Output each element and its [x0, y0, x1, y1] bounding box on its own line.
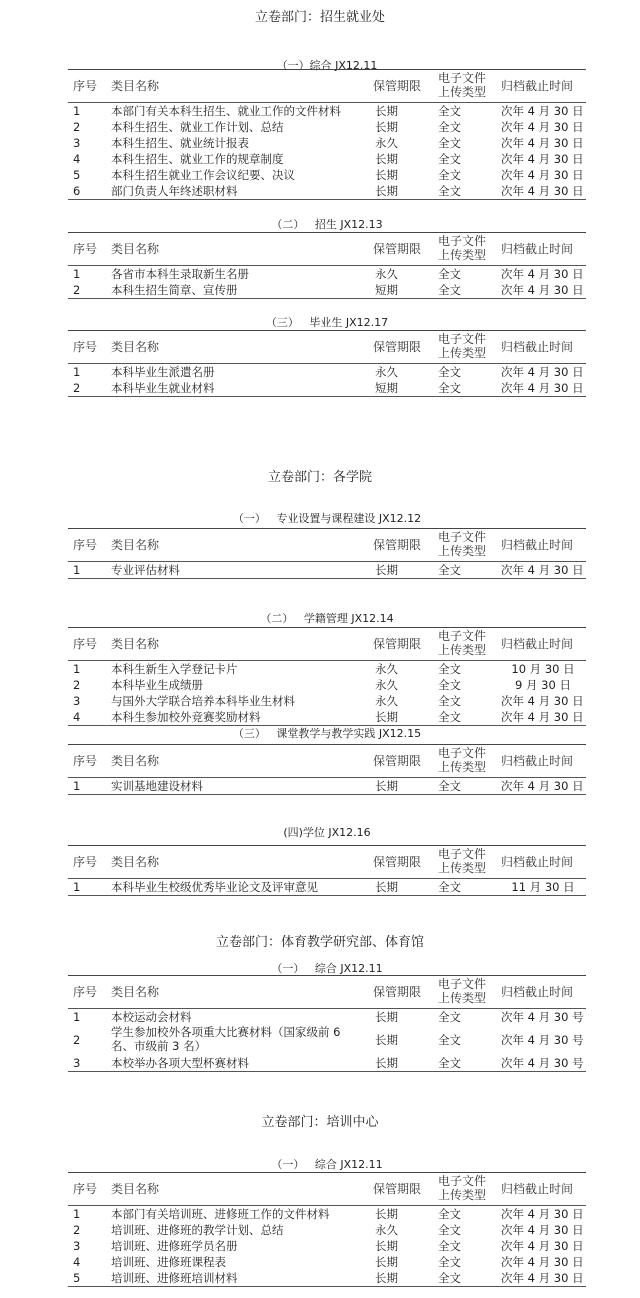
header-elec-line1: 电子文件 [438, 746, 486, 760]
header-name: 类目名称 [111, 637, 159, 651]
archive-table: 序号 类目名称 保管期限 电子文件上传类型 归档截止时间 1实训基地建设材料长期… [68, 744, 586, 795]
section-caption: （三） 毕业生 JX12.17 [68, 316, 586, 330]
header-keep: 保管期限 [373, 340, 421, 354]
cell-type: 全文 [438, 119, 461, 135]
cell-type: 全文 [438, 167, 461, 183]
cell-keep: 长期 [375, 1238, 398, 1254]
cell-keep: 长期 [375, 1270, 398, 1286]
cell-no: 2 [73, 282, 80, 298]
cell-no: 3 [73, 1055, 80, 1071]
cell-date: 次年 4 月 30 日 [501, 693, 584, 709]
header-elec-line2: 上传类型 [438, 346, 486, 360]
cell-type: 全文 [438, 1238, 461, 1254]
header-date: 归档截止时间 [501, 538, 573, 552]
cell-type: 全文 [438, 709, 461, 725]
cell-keep: 长期 [375, 183, 398, 199]
table-row: 1本科毕业生校级优秀毕业论文及评审意见长期全文11 月 30 日 [68, 879, 586, 895]
table-row: 5培训班、进修班培训材料长期全文次年 4 月 30 日 [68, 1270, 586, 1286]
header-elec: 电子文件上传类型 [438, 332, 486, 360]
cell-date: 次年 4 月 30 日 [501, 103, 584, 119]
header-keep: 保管期限 [373, 637, 421, 651]
cell-date: 次年 4 月 30 号 [501, 1055, 584, 1071]
cell-keep: 长期 [375, 778, 398, 794]
cell-no: 3 [73, 1238, 80, 1254]
cell-date: 次年 4 月 30 日 [501, 1222, 584, 1238]
cell-date: 次年 4 月 30 日 [501, 364, 584, 380]
cell-no: 6 [73, 183, 80, 199]
cell-no: 4 [73, 709, 80, 725]
header-elec-line1: 电子文件 [438, 234, 486, 248]
archive-table: 序号 类目名称 保管期限 电子文件上传类型 归档截止时间 1本科生新生入学登记卡… [68, 627, 586, 726]
header-elec: 电子文件上传类型 [438, 847, 486, 875]
cell-no: 1 [73, 1206, 80, 1222]
cell-no: 5 [73, 1270, 80, 1286]
cell-name: 本部门有关本科生招生、就业工作的文件材料 [111, 103, 341, 119]
cell-type: 全文 [438, 693, 461, 709]
cell-date: 次年 4 月 30 日 [501, 1270, 584, 1286]
header-elec-line1: 电子文件 [438, 530, 486, 544]
cell-name: 本科毕业生就业材料 [111, 380, 215, 396]
header-name: 类目名称 [111, 538, 159, 552]
table-row: 3本科生招生、就业统计报表永久全文次年 4 月 30 日 [68, 135, 586, 151]
header-no: 序号 [73, 1182, 97, 1196]
header-no: 序号 [73, 242, 97, 256]
cell-name: 本科生招生、就业工作的规章制度 [111, 151, 284, 167]
header-date: 归档截止时间 [501, 1182, 573, 1196]
cell-name: 本科生新生入学登记卡片 [111, 661, 238, 677]
archive-table: 序号 类目名称 保管期限 电子文件上传类型 归档截止时间 1本校运动会材料长期全… [68, 975, 586, 1072]
header-elec-line1: 电子文件 [438, 847, 486, 861]
cell-keep: 长期 [375, 103, 398, 119]
cell-keep: 长期 [375, 1009, 398, 1025]
cell-name: 本科生参加校外竞赛奖励材料 [111, 709, 261, 725]
cell-type: 全文 [438, 103, 461, 119]
section-caption: （二） 学籍管理 JX12.14 [68, 612, 586, 626]
cell-date: 10 月 30 日 [501, 661, 585, 677]
cell-name: 本科毕业生成绩册 [111, 677, 203, 693]
header-elec-line1: 电子文件 [438, 332, 486, 346]
header-date: 归档截止时间 [501, 242, 573, 256]
archive-table: 序号 类目名称 保管期限 电子文件上传类型 归档截止时间 1本科毕业生派遣名册永… [68, 330, 586, 397]
table-row: 3培训班、进修班学员名册长期全文次年 4 月 30 日 [68, 1238, 586, 1254]
cell-date: 次年 4 月 30 号 [501, 1032, 584, 1048]
cell-name: 本科毕业生校级优秀毕业论文及评审意见 [111, 879, 318, 895]
table-row: 1实训基地建设材料长期全文次年 4 月 30 日 [68, 778, 586, 794]
cell-name: 本科生招生、就业统计报表 [111, 135, 249, 151]
table-row: 2学生参加校外各项重大比赛材料（国家级前 6 名、市级前 3 名）长期全文次年 … [68, 1025, 586, 1055]
cell-name: 部门负责人年终述职材料 [111, 183, 238, 199]
header-elec-line2: 上传类型 [438, 991, 486, 1005]
table-row: 4本科生招生、就业工作的规章制度长期全文次年 4 月 30 日 [68, 151, 586, 167]
header-no: 序号 [73, 754, 97, 768]
cell-no: 1 [73, 879, 80, 895]
header-elec: 电子文件上传类型 [438, 71, 486, 99]
cell-keep: 长期 [375, 151, 398, 167]
cell-name: 与国外大学联合培养本科毕业生材料 [111, 693, 295, 709]
header-name: 类目名称 [111, 340, 159, 354]
table-row: 1本科毕业生派遣名册永久全文次年 4 月 30 日 [68, 364, 586, 380]
cell-name: 本科生招生就业工作会议纪要、决议 [111, 167, 295, 183]
cell-type: 全文 [438, 266, 461, 282]
cell-keep: 永久 [375, 1222, 398, 1238]
table-row: 1本科生新生入学登记卡片永久全文10 月 30 日 [68, 661, 586, 677]
cell-type: 全文 [438, 183, 461, 199]
cell-no: 2 [73, 677, 80, 693]
header-date: 归档截止时间 [501, 79, 573, 93]
header-elec: 电子文件上传类型 [438, 629, 486, 657]
header-elec: 电子文件上传类型 [438, 977, 486, 1005]
cell-keep: 永久 [375, 266, 398, 282]
table-row: 2培训班、进修班的教学计划、总结永久全文次年 4 月 30 日 [68, 1222, 586, 1238]
cell-date: 11 月 30 日 [501, 879, 585, 895]
cell-name: 各省市本科生录取新生名册 [111, 266, 249, 282]
cell-type: 全文 [438, 364, 461, 380]
cell-date: 次年 4 月 30 日 [501, 709, 584, 725]
cell-no: 1 [73, 103, 80, 119]
cell-no: 1 [73, 266, 80, 282]
cell-type: 全文 [438, 1222, 461, 1238]
cell-keep: 长期 [375, 1032, 398, 1048]
section-caption: (四)学位 JX12.16 [68, 826, 586, 840]
header-elec-line2: 上传类型 [438, 248, 486, 262]
archive-table: 序号 类目名称 保管期限 电子文件上传类型 归档截止时间 1专业评估材料长期全文… [68, 528, 586, 579]
header-elec-line1: 电子文件 [438, 629, 486, 643]
cell-date: 次年 4 月 30 日 [501, 1238, 584, 1254]
cell-keep: 永久 [375, 135, 398, 151]
cell-no: 1 [73, 661, 80, 677]
cell-date: 9 月 30 日 [501, 677, 585, 693]
header-no: 序号 [73, 340, 97, 354]
department-title: 立卷部门：体育教学研究部、体育馆 [0, 935, 640, 951]
header-elec: 电子文件上传类型 [438, 530, 486, 558]
cell-date: 次年 4 月 30 日 [501, 562, 584, 578]
cell-name: 专业评估材料 [111, 562, 180, 578]
cell-keep: 长期 [375, 879, 398, 895]
cell-no: 4 [73, 1254, 80, 1270]
header-keep: 保管期限 [373, 242, 421, 256]
header-keep: 保管期限 [373, 855, 421, 869]
cell-name: 本部门有关培训班、进修班工作的文件材料 [111, 1206, 330, 1222]
cell-no: 3 [73, 693, 80, 709]
header-name: 类目名称 [111, 1182, 159, 1196]
cell-keep: 永久 [375, 661, 398, 677]
cell-keep: 长期 [375, 1206, 398, 1222]
header-date: 归档截止时间 [501, 855, 573, 869]
cell-type: 全文 [438, 151, 461, 167]
table-header: 序号 类目名称 保管期限 电子文件上传类型 归档截止时间 [68, 529, 586, 562]
table-header: 序号 类目名称 保管期限 电子文件上传类型 归档截止时间 [68, 233, 586, 266]
cell-type: 全文 [438, 1009, 461, 1025]
header-date: 归档截止时间 [501, 985, 573, 999]
cell-name: 本校运动会材料 [111, 1009, 192, 1025]
cell-keep: 永久 [375, 677, 398, 693]
table-row: 2本科生招生简章、宣传册短期全文次年 4 月 30 日 [68, 282, 586, 298]
table-header: 序号 类目名称 保管期限 电子文件上传类型 归档截止时间 [68, 1173, 586, 1206]
cell-type: 全文 [438, 677, 461, 693]
cell-keep: 长期 [375, 562, 398, 578]
cell-date: 次年 4 月 30 日 [501, 183, 584, 199]
cell-type: 全文 [438, 135, 461, 151]
cell-keep: 长期 [375, 119, 398, 135]
header-elec: 电子文件上传类型 [438, 746, 486, 774]
archive-table: 序号 类目名称 保管期限 电子文件上传类型 归档截止时间 1本部门有关培训班、进… [68, 1172, 586, 1287]
table-row: 3与国外大学联合培养本科毕业生材料永久全文次年 4 月 30 日 [68, 693, 586, 709]
cell-keep: 短期 [375, 380, 398, 396]
cell-keep: 短期 [375, 282, 398, 298]
header-name: 类目名称 [111, 242, 159, 256]
section-caption: （一） 专业设置与课程建设 JX12.12 [68, 512, 586, 526]
table-header: 序号 类目名称 保管期限 电子文件上传类型 归档截止时间 [68, 745, 586, 778]
cell-date: 次年 4 月 30 日 [501, 1254, 584, 1270]
section-caption: （二） 招生 JX12.13 [68, 218, 586, 232]
cell-keep: 长期 [375, 1254, 398, 1270]
cell-type: 全文 [438, 380, 461, 396]
header-date: 归档截止时间 [501, 340, 573, 354]
cell-date: 次年 4 月 30 日 [501, 380, 584, 396]
header-name: 类目名称 [111, 754, 159, 768]
section-caption: （一） 综合 JX12.11 [68, 962, 586, 976]
cell-date: 次年 4 月 30 日 [501, 266, 584, 282]
table-row: 1专业评估材料长期全文次年 4 月 30 日 [68, 562, 586, 578]
cell-name: 培训班、进修班课程表 [111, 1254, 226, 1270]
cell-keep: 永久 [375, 364, 398, 380]
header-keep: 保管期限 [373, 538, 421, 552]
header-keep: 保管期限 [373, 754, 421, 768]
header-date: 归档截止时间 [501, 754, 573, 768]
cell-no: 2 [73, 1222, 80, 1238]
cell-keep: 长期 [375, 1055, 398, 1071]
header-keep: 保管期限 [373, 985, 421, 999]
header-no: 序号 [73, 985, 97, 999]
cell-type: 全文 [438, 562, 461, 578]
cell-name: 本科生招生、就业工作计划、总结 [111, 119, 284, 135]
header-elec-line2: 上传类型 [438, 544, 486, 558]
header-no: 序号 [73, 79, 97, 93]
table-row: 5本科生招生就业工作会议纪要、决议长期全文次年 4 月 30 日 [68, 167, 586, 183]
cell-no: 1 [73, 778, 80, 794]
header-keep: 保管期限 [373, 1182, 421, 1196]
table-header: 序号 类目名称 保管期限 电子文件上传类型 归档截止时间 [68, 628, 586, 661]
header-keep: 保管期限 [373, 79, 421, 93]
table-header: 序号 类目名称 保管期限 电子文件上传类型 归档截止时间 [68, 846, 586, 879]
cell-keep: 长期 [375, 167, 398, 183]
header-no: 序号 [73, 538, 97, 552]
header-date: 归档截止时间 [501, 637, 573, 651]
cell-date: 次年 4 月 30 日 [501, 167, 584, 183]
cell-name: 培训班、进修班培训材料 [111, 1270, 238, 1286]
table-row: 2本科生招生、就业工作计划、总结长期全文次年 4 月 30 日 [68, 119, 586, 135]
department-title: 立卷部门：各学院 [0, 470, 640, 486]
header-no: 序号 [73, 637, 97, 651]
section-caption: （三） 课堂教学与教学实践 JX12.15 [68, 727, 586, 741]
table-row: 1本部门有关培训班、进修班工作的文件材料长期全文次年 4 月 30 日 [68, 1206, 586, 1222]
cell-no: 2 [73, 380, 80, 396]
cell-keep: 永久 [375, 693, 398, 709]
cell-no: 5 [73, 167, 80, 183]
header-elec-line2: 上传类型 [438, 760, 486, 774]
table-row: 4培训班、进修班课程表长期全文次年 4 月 30 日 [68, 1254, 586, 1270]
header-elec: 电子文件上传类型 [438, 1174, 486, 1202]
archive-table: 序号 类目名称 保管期限 电子文件上传类型 归档截止时间 1各省市本科生录取新生… [68, 232, 586, 299]
cell-type: 全文 [438, 1254, 461, 1270]
header-elec-line1: 电子文件 [438, 977, 486, 991]
cell-name: 实训基地建设材料 [111, 778, 203, 794]
cell-type: 全文 [438, 1032, 461, 1048]
archive-table: 序号 类目名称 保管期限 电子文件上传类型 归档截止时间 1本部门有关本科生招生… [68, 69, 586, 200]
cell-date: 次年 4 月 30 号 [501, 1009, 584, 1025]
cell-no: 3 [73, 135, 80, 151]
header-elec-line2: 上传类型 [438, 643, 486, 657]
header-elec-line2: 上传类型 [438, 1188, 486, 1202]
section-caption: （一） 综合 JX12.11 [68, 1158, 586, 1172]
cell-no: 1 [73, 1009, 80, 1025]
header-name: 类目名称 [111, 855, 159, 869]
cell-name: 本科生招生简章、宣传册 [111, 282, 238, 298]
cell-type: 全文 [438, 282, 461, 298]
department-title: 立卷部门：培训中心 [0, 1115, 640, 1131]
cell-no: 2 [73, 119, 80, 135]
cell-name: 培训班、进修班学员名册 [111, 1238, 238, 1254]
cell-date: 次年 4 月 30 日 [501, 151, 584, 167]
table-header: 序号 类目名称 保管期限 电子文件上传类型 归档截止时间 [68, 331, 586, 364]
table-header: 序号 类目名称 保管期限 电子文件上传类型 归档截止时间 [68, 976, 586, 1009]
header-elec-line2: 上传类型 [438, 85, 486, 99]
table-row: 3本校举办各项大型杯赛材料长期全文次年 4 月 30 号 [68, 1055, 586, 1071]
cell-name: 学生参加校外各项重大比赛材料（国家级前 6 名、市级前 3 名） [111, 1025, 366, 1053]
header-elec-line2: 上传类型 [438, 861, 486, 875]
table-row: 2本科毕业生成绩册永久全文9 月 30 日 [68, 677, 586, 693]
cell-no: 1 [73, 364, 80, 380]
cell-name: 本校举办各项大型杯赛材料 [111, 1055, 249, 1071]
cell-no: 1 [73, 562, 80, 578]
header-name: 类目名称 [111, 79, 159, 93]
table-row: 4本科生参加校外竞赛奖励材料长期全文次年 4 月 30 日 [68, 709, 586, 725]
cell-name: 培训班、进修班的教学计划、总结 [111, 1222, 284, 1238]
cell-date: 次年 4 月 30 日 [501, 1206, 584, 1222]
cell-no: 4 [73, 151, 80, 167]
table-row: 6部门负责人年终述职材料长期全文次年 4 月 30 日 [68, 183, 586, 199]
cell-date: 次年 4 月 30 日 [501, 119, 584, 135]
cell-type: 全文 [438, 661, 461, 677]
cell-date: 次年 4 月 30 日 [501, 778, 584, 794]
cell-type: 全文 [438, 1270, 461, 1286]
header-elec-line1: 电子文件 [438, 71, 486, 85]
cell-name: 本科毕业生派遣名册 [111, 364, 215, 380]
cell-type: 全文 [438, 1055, 461, 1071]
table-header: 序号 类目名称 保管期限 电子文件上传类型 归档截止时间 [68, 70, 586, 103]
cell-keep: 长期 [375, 709, 398, 725]
cell-type: 全文 [438, 1206, 461, 1222]
department-title: 立卷部门：招生就业处 [0, 10, 640, 26]
header-elec: 电子文件上传类型 [438, 234, 486, 262]
cell-date: 次年 4 月 30 日 [501, 135, 584, 151]
table-row: 2本科毕业生就业材料短期全文次年 4 月 30 日 [68, 380, 586, 396]
header-name: 类目名称 [111, 985, 159, 999]
cell-date: 次年 4 月 30 日 [501, 282, 584, 298]
header-elec-line1: 电子文件 [438, 1174, 486, 1188]
table-row: 1各省市本科生录取新生名册永久全文次年 4 月 30 日 [68, 266, 586, 282]
header-no: 序号 [73, 855, 97, 869]
cell-no: 2 [73, 1032, 80, 1048]
table-row: 1本校运动会材料长期全文次年 4 月 30 号 [68, 1009, 586, 1025]
archive-table: 序号 类目名称 保管期限 电子文件上传类型 归档截止时间 1本科毕业生校级优秀毕… [68, 845, 586, 896]
cell-type: 全文 [438, 778, 461, 794]
cell-type: 全文 [438, 879, 461, 895]
table-row: 1本部门有关本科生招生、就业工作的文件材料长期全文次年 4 月 30 日 [68, 103, 586, 119]
